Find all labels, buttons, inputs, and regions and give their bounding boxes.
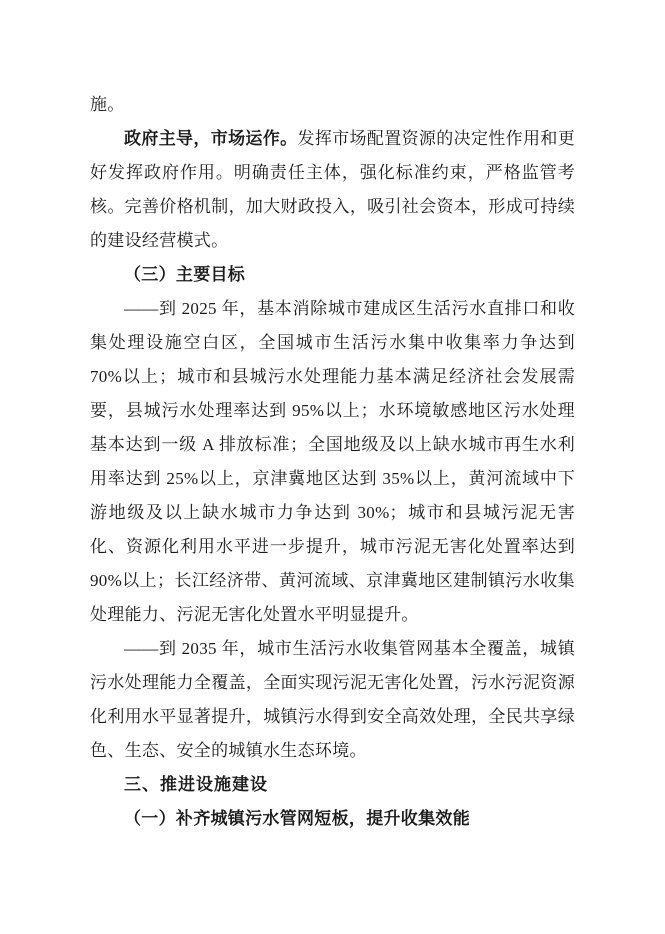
document-page: 施。 政府主导，市场运作。发挥市场配置资源的决定性作用和更好发挥政府作用。明确责… [0, 0, 665, 934]
heading-section-three: 三、推进设施建设 [90, 768, 575, 802]
heading-main-goals: （三）主要目标 [90, 258, 575, 292]
heading-subsection-one: （一）补齐城镇污水管网短板，提升收集效能 [90, 802, 575, 836]
paragraph-continuation: 施。 [90, 88, 575, 122]
paragraph-goal-2035: ——到 2035 年，城市生活污水收集管网基本全覆盖，城镇污水处理能力全覆盖，全… [90, 632, 575, 768]
paragraph-lead-bold: 政府主导，市场运作。 [124, 129, 297, 148]
paragraph-goal-2025: ——到 2025 年，基本消除城市建成区生活污水直排口和收集处理设施空白区，全国… [90, 292, 575, 632]
paragraph-government-market: 政府主导，市场运作。发挥市场配置资源的决定性作用和更好发挥政府作用。明确责任主体… [90, 122, 575, 258]
